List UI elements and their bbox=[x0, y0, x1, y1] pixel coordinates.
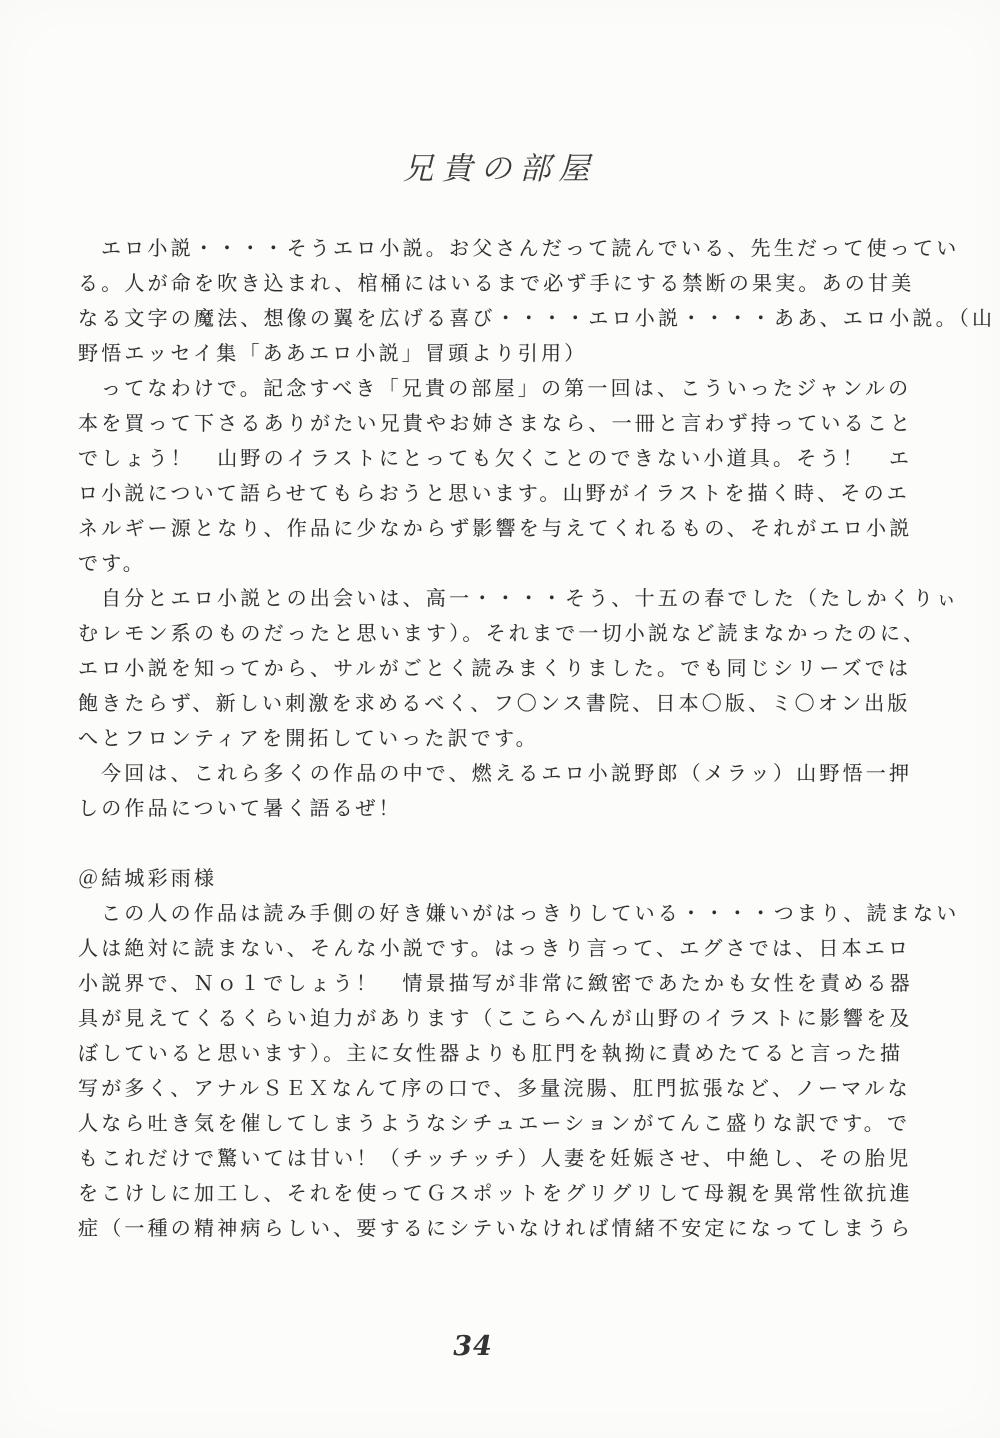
text-line: 野悟エッセイ集「ああエロ小説」冒頭より引用） bbox=[78, 336, 926, 371]
text-line: ネルギー源となり、作品に少なからず影響を与えてくれるもの、それがエロ小説 bbox=[78, 511, 926, 546]
text-line: をこけしに加工し、それを使ってＧスポットをグリグリして母親を異常性欲抗進 bbox=[78, 1176, 926, 1211]
text-line: 本を買って下さるありがたい兄貴やお姉さまなら、一冊と言わず持っていること bbox=[78, 406, 926, 441]
text-line: へとフロンティアを開拓していった訳です。 bbox=[78, 721, 926, 756]
text-line: エロ小説を知ってから、サルがごとく読みまくりました。でも同じシリーズでは bbox=[78, 651, 926, 686]
section-heading: ＠結城彩雨様 bbox=[78, 861, 926, 896]
text-line: もこれだけで驚いては甘い！（チッチッチ）人妻を妊娠させ、中絶し、その胎児 bbox=[78, 1141, 926, 1176]
text-line: ロ小説について語らせてもらおうと思います。山野がイラストを描く時、そのエ bbox=[78, 476, 926, 511]
body-text: エロ小説・・・・そうエロ小説。お父さんだって読んでいる、先生だって使っている。人… bbox=[78, 231, 926, 1246]
text-line: 今回は、これら多くの作品の中で、燃えるエロ小説野郎（メラッ）山野悟一押 bbox=[78, 756, 926, 791]
text-line: エロ小説・・・・そうエロ小説。お父さんだって読んでいる、先生だって使ってい bbox=[78, 231, 926, 266]
page-number: 34 bbox=[0, 1331, 973, 1362]
text-line: 人は絶対に読まない、そんな小説です。はっきり言って、エグさでは、日本エロ bbox=[78, 931, 926, 966]
blank-line bbox=[78, 826, 926, 861]
text-line: 小説界で、Ｎｏ１でしょう！ 情景描写が非常に緻密であたかも女性を責める器 bbox=[78, 966, 926, 1001]
text-line: 症（一種の精神病らしい、要するにシテいなければ情緒不安定になってしまうら bbox=[78, 1211, 926, 1246]
text-line: 飽きたらず、新しい刺激を求めるべく、フ〇ンス書院、日本〇版、ミ〇オン出版 bbox=[78, 686, 926, 721]
text-line: むレモン系のものだったと思います）。それまで一切小説など読まなかったのに、 bbox=[78, 616, 926, 651]
text-line: しの作品について暑く語るぜ！ bbox=[78, 791, 926, 826]
text-line: 人なら吐き気を催してしまうようなシチュエーションがてんこ盛りな訳です。で bbox=[78, 1106, 926, 1141]
text-line: この人の作品は読み手側の好き嫌いがはっきりしている・・・・つまり、読まない bbox=[78, 896, 926, 931]
text-line: 写が多く、アナルＳＥＸなんて序の口で、多量浣腸、肛門拡張など、ノーマルな bbox=[78, 1071, 926, 1106]
text-line: 具が見えてくるくらい迫力があります（ここらへんが山野のイラストに影響を及 bbox=[78, 1001, 926, 1036]
text-line: る。人が命を吹き込まれ、棺桶にはいるまで必ず手にする禁断の果実。あの甘美 bbox=[78, 266, 926, 301]
text-line: です。 bbox=[78, 546, 926, 581]
text-line: ってなわけで。記念すべき「兄貴の部屋」の第一回は、こういったジャンルの bbox=[78, 371, 926, 406]
text-line: なる文字の魔法、想像の翼を広げる喜び・・・・エロ小説・・・・ああ、エロ小説。（山 bbox=[78, 301, 926, 336]
scanned-page: 兄貴の部屋 エロ小説・・・・そうエロ小説。お父さんだって読んでいる、先生だって使… bbox=[0, 0, 1000, 1438]
page-title: 兄貴の部屋 bbox=[0, 143, 1000, 188]
text-line: ぼしていると思います）。主に女性器よりも肛門を執拗に責めたてると言った描 bbox=[78, 1036, 926, 1071]
text-line: でしょう！ 山野のイラストにとっても欠くことのできない小道具。そう！ エ bbox=[78, 441, 926, 476]
text-line: 自分とエロ小説との出会いは、高一・・・・そう、十五の春でした（たしかくりぃ bbox=[78, 581, 926, 616]
